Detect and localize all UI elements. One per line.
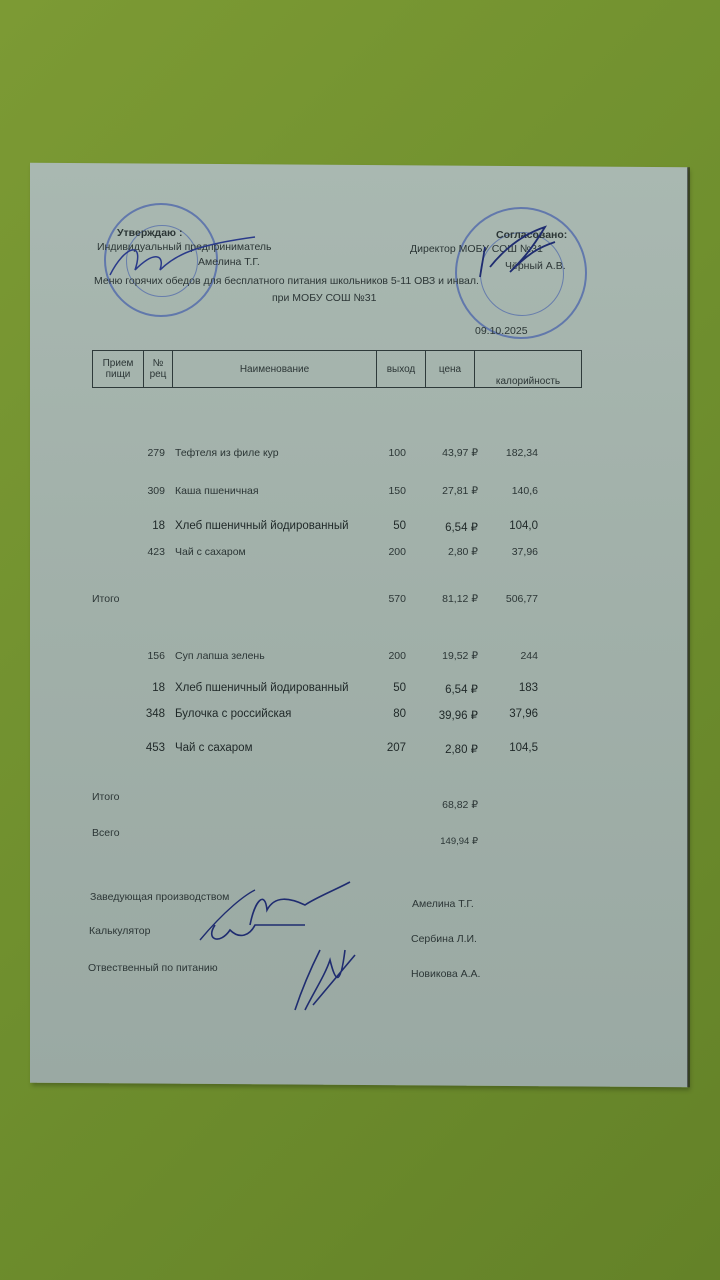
header-meal: Приемпищи: [93, 351, 144, 388]
signature-name-responsible: Новикова А.А.: [411, 968, 480, 980]
table-row: 423Чай с сахаром2002,80 ₽37,96: [0, 546, 720, 562]
grand-total-price: 149,94 ₽: [0, 836, 720, 852]
signature-name-calculator: Сербина Л.И.: [411, 933, 477, 945]
director-signature-icon: [470, 222, 560, 282]
handwritten-signatures-icon: [195, 880, 365, 1015]
document-date: 09.10.2025: [475, 325, 528, 337]
table-row: 279Тефтеля из филе кур10043,97 ₽182,34: [0, 447, 720, 463]
title-line2: при МОБУ СОШ №31: [272, 292, 376, 304]
header-recipe: №рец: [144, 351, 173, 388]
signature-name-production: Амелина Т.Г.: [412, 898, 474, 910]
table-row: 18Хлеб пшеничный йодированный506,54 ₽183: [0, 682, 720, 698]
section2-total-price: 68,82 ₽: [0, 799, 720, 815]
table-row: 453Чай с сахаром2072,80 ₽104,5: [0, 742, 720, 758]
table-row: 156Суп лапша зелень20019,52 ₽244: [0, 650, 720, 666]
section1-total-row: Итого57081,12 ₽506,77: [0, 593, 720, 609]
table-row: 18Хлеб пшеничный йодированный506,54 ₽104…: [0, 520, 720, 536]
header-price: цена: [426, 351, 475, 388]
approver-signature-icon: [105, 235, 265, 285]
menu-table-header: Приемпищи №рец Наименование выход цена к…: [92, 350, 582, 388]
table-row: 309Каша пшеничная15027,81 ₽140,6: [0, 485, 720, 501]
header-output: выход: [377, 351, 426, 388]
table-row: 348Булочка с российская8039,96 ₽37,96: [0, 708, 720, 724]
header-calories: калорийность: [475, 351, 582, 388]
header-name: Наименование: [173, 351, 377, 388]
signature-role-calculator: Калькулятор: [89, 925, 150, 937]
